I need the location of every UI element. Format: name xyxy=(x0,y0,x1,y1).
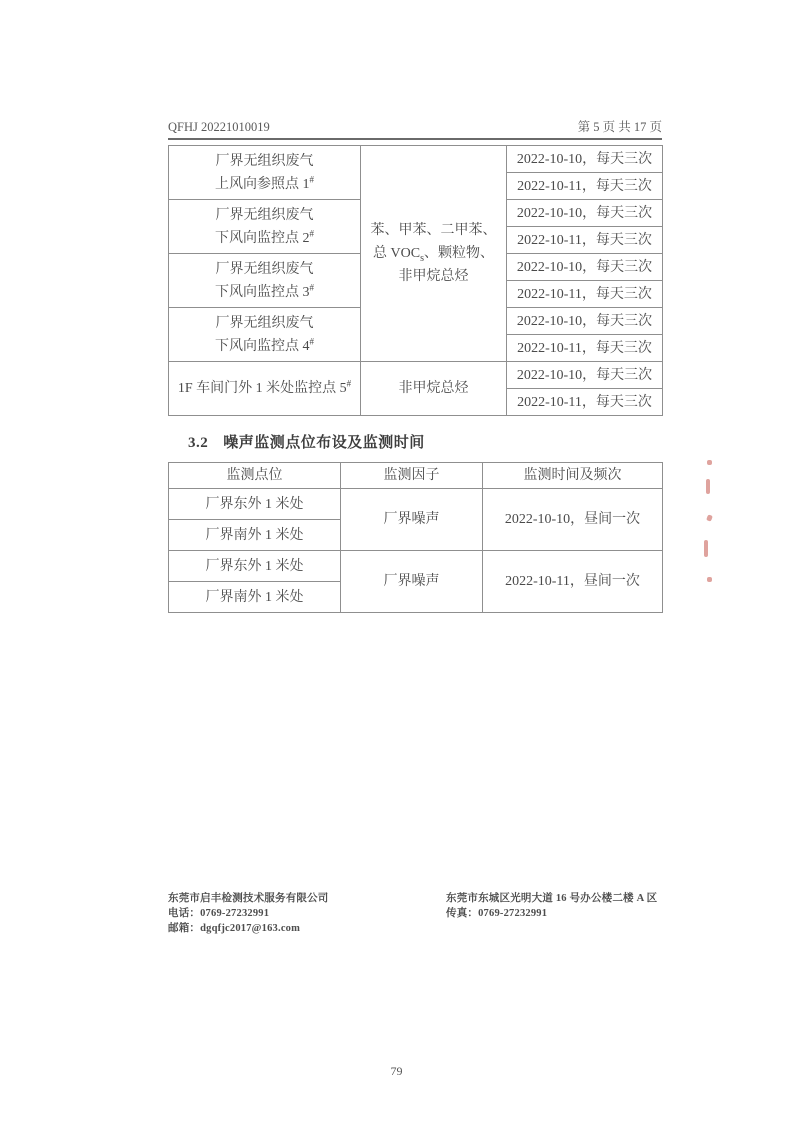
footer-phone: 电话：0769-27232991 xyxy=(168,906,329,921)
noise-point-cell: 厂界东外 1 米处 xyxy=(169,551,341,582)
gas-point-line: 厂界无组织废气 xyxy=(216,316,314,331)
gas-time-cell: 2022-10-10，每天三次 xyxy=(507,254,663,281)
gas-point-line: 厂界无组织废气 xyxy=(216,154,314,169)
section-number: 3.2 xyxy=(188,435,208,451)
gas-monitoring-table: 厂界无组织废气 上风向参照点 1# 苯、甲苯、二甲苯、 总 VOCs、颗粒物、 … xyxy=(168,145,663,416)
noise-col-header: 监测时间及频次 xyxy=(483,463,663,489)
factor-line: 苯、甲苯、二甲苯、 xyxy=(371,223,497,238)
point-number-superscript: # xyxy=(310,282,315,292)
gas-point-line: 厂界无组织废气 xyxy=(216,208,314,223)
noise-time-cell: 2022-10-11，昼间一次 xyxy=(483,551,663,613)
gas-time-cell: 2022-10-11，每天三次 xyxy=(507,335,663,362)
noise-point-cell: 厂界东外 1 米处 xyxy=(169,489,341,520)
doc-number: QFHJ 20221010019 xyxy=(168,120,270,135)
section-heading: 3.2噪声监测点位布设及监测时间 xyxy=(188,431,425,455)
gas-time-cell: 2022-10-11，每天三次 xyxy=(507,389,663,416)
gas-time-cell: 2022-10-11，每天三次 xyxy=(507,227,663,254)
noise-point-cell: 厂界南外 1 米处 xyxy=(169,520,341,551)
stamp-mark-icon xyxy=(707,577,712,582)
document-page: QFHJ 20221010019 第 5 页 共 17 页 厂界无组织废气 上风… xyxy=(0,0,793,1122)
gas-point-cell: 厂界无组织废气 下风向监控点 4# xyxy=(169,308,361,362)
page-info: 第 5 页 共 17 页 xyxy=(578,117,662,135)
gas-point-line: 下风向监控点 2 xyxy=(215,231,310,246)
gas-time-cell: 2022-10-10，每天三次 xyxy=(507,200,663,227)
noise-col-header: 监测因子 xyxy=(341,463,483,489)
gas-factor-cell: 苯、甲苯、二甲苯、 总 VOCs、颗粒物、 非甲烷总烃 xyxy=(361,146,507,362)
noise-col-header: 监测点位 xyxy=(169,463,341,489)
point-number-superscript: # xyxy=(310,228,315,238)
footer-company: 东莞市启丰检测技术服务有限公司 xyxy=(168,891,329,906)
factor-line: 非甲烷总烃 xyxy=(399,269,469,284)
footer-fax: 传真：0769-27232991 xyxy=(446,906,657,921)
red-stamp-bleed-marks xyxy=(698,455,716,595)
point-number-superscript: # xyxy=(347,378,352,388)
gas-point-cell: 厂界无组织废气 下风向监控点 3# xyxy=(169,254,361,308)
page-header: QFHJ 20221010019 第 5 页 共 17 页 xyxy=(168,117,662,140)
gas-factor-cell-single: 非甲烷总烃 xyxy=(361,362,507,416)
gas-time-cell: 2022-10-10，每天三次 xyxy=(507,146,663,173)
point-number-superscript: # xyxy=(310,174,315,184)
footer-address-block: 东莞市东城区光明大道 16 号办公楼二楼 A 区 传真：0769-2723299… xyxy=(446,891,657,921)
gas-time-cell: 2022-10-10，每天三次 xyxy=(507,308,663,335)
section-title: 噪声监测点位布设及监测时间 xyxy=(223,435,425,451)
footer-company-block: 东莞市启丰检测技术服务有限公司 电话：0769-27232991 邮箱：dgqf… xyxy=(168,891,329,936)
gas-time-cell: 2022-10-11，每天三次 xyxy=(507,173,663,200)
gas-point-cell: 厂界无组织废气 下风向监控点 2# xyxy=(169,200,361,254)
gas-point-line: 厂界无组织废气 xyxy=(216,262,314,277)
noise-time-cell: 2022-10-10，昼间一次 xyxy=(483,489,663,551)
footer-address: 东莞市东城区光明大道 16 号办公楼二楼 A 区 xyxy=(446,891,657,906)
stamp-mark-icon xyxy=(706,479,710,494)
noise-monitoring-table: 监测点位 监测因子 监测时间及频次 厂界东外 1 米处 厂界噪声 2022-10… xyxy=(168,462,663,613)
factor-line: 、颗粒物、 xyxy=(424,246,494,261)
noise-factor-cell: 厂界噪声 xyxy=(341,489,483,551)
stamp-mark-icon xyxy=(706,514,713,521)
page-number: 79 xyxy=(0,1064,793,1079)
gas-point-cell: 1F 车间门外 1 米处监控点 5# xyxy=(169,362,361,416)
point-number-superscript: # xyxy=(310,336,315,346)
stamp-mark-icon xyxy=(704,540,708,557)
gas-point-line: 下风向监控点 3 xyxy=(215,285,310,300)
noise-point-cell: 厂界南外 1 米处 xyxy=(169,582,341,613)
stamp-mark-icon xyxy=(707,460,712,465)
noise-factor-cell: 厂界噪声 xyxy=(341,551,483,613)
gas-point-line: 下风向监控点 4 xyxy=(215,339,310,354)
footer-email: 邮箱：dgqfjc2017@163.com xyxy=(168,921,329,936)
gas-point-line: 1F 车间门外 1 米处监控点 5 xyxy=(178,381,347,396)
factor-line: 总 VOC xyxy=(373,246,420,261)
gas-point-line: 上风向参照点 1 xyxy=(215,177,310,192)
gas-point-cell: 厂界无组织废气 上风向参照点 1# xyxy=(169,146,361,200)
gas-time-cell: 2022-10-10，每天三次 xyxy=(507,362,663,389)
gas-time-cell: 2022-10-11，每天三次 xyxy=(507,281,663,308)
